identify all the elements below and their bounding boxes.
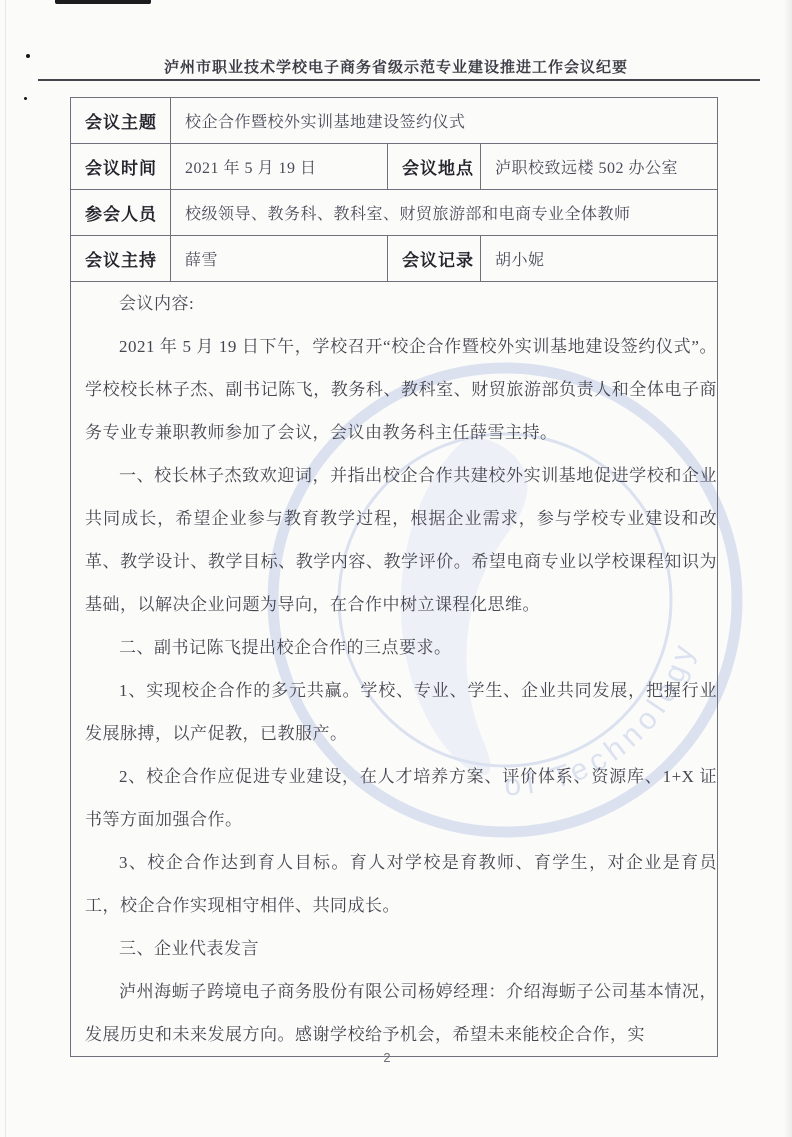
scan-dot: [24, 97, 27, 100]
value-meeting-subject: 校企合作暨校外实训基地建设签约仪式: [171, 98, 718, 144]
content-paragraph: 2021 年 5 月 19 日下午，学校召开“校企合作暨校外实训基地建设签约仪式…: [85, 325, 717, 454]
scan-smudge: [55, 0, 151, 4]
content-paragraph: 1、实现校企合作的多元共赢。学校、专业、学生、企业共同发展，把握行业发展脉搏，以…: [85, 669, 717, 755]
label-meeting-host: 会议主持: [71, 236, 171, 282]
content-paragraph: 2、校企合作应促进专业建设，在人才培养方案、评价体系、资源库、1+X 证书等方面…: [85, 755, 717, 841]
header-rule: [38, 79, 760, 81]
table-row: 会议主持 薛雪 会议记录 胡小妮: [71, 236, 718, 282]
content-paragraph: 一、校长林子杰致欢迎词，并指出校企合作共建校外实训基地促进学校和企业共同成长，希…: [85, 454, 717, 626]
content-heading: 会议内容:: [85, 282, 717, 325]
label-meeting-location: 会议地点: [388, 144, 481, 190]
value-meeting-host: 薛雪: [171, 236, 388, 282]
table-row: 会议时间 2021 年 5 月 19 日 会议地点 泸职校致远楼 502 办公室: [71, 144, 718, 190]
value-meeting-recorder: 胡小妮: [481, 236, 718, 282]
value-meeting-location: 泸职校致远楼 502 办公室: [481, 144, 718, 190]
meeting-info-table: 会议主题 校企合作暨校外实训基地建设签约仪式 会议时间 2021 年 5 月 1…: [70, 97, 718, 1057]
table-row: 会议内容: 2021 年 5 月 19 日下午，学校召开“校企合作暨校外实训基地…: [71, 282, 718, 1057]
content-paragraph: 泸州海蛎子跨境电子商务股份有限公司杨婷经理：介绍海蛎子公司基本情况，发展历史和未…: [85, 970, 717, 1056]
content-paragraph: 二、副书记陈飞提出校企合作的三点要求。: [85, 626, 717, 669]
content-paragraph: 三、企业代表发言: [85, 927, 717, 970]
page-number: 2: [0, 1050, 774, 1065]
label-meeting-time: 会议时间: [71, 144, 171, 190]
meeting-content-cell: 会议内容: 2021 年 5 月 19 日下午，学校召开“校企合作暨校外实训基地…: [71, 282, 718, 1057]
table-row: 参会人员 校级领导、教务科、教科室、财贸旅游部和电商专业全体教师: [71, 190, 718, 236]
value-attendees: 校级领导、教务科、教科室、财贸旅游部和电商专业全体教师: [171, 190, 718, 236]
label-meeting-subject: 会议主题: [71, 98, 171, 144]
scan-edge-shadow-right: [784, 0, 792, 1137]
document-title: 泸州市职业技术学校电子商务省级示范专业建设推进工作会议纪要: [0, 56, 792, 77]
label-attendees: 参会人员: [71, 190, 171, 236]
label-meeting-recorder: 会议记录: [388, 236, 481, 282]
table-row: 会议主题 校企合作暨校外实训基地建设签约仪式: [71, 98, 718, 144]
scan-edge-shadow-left: [5, 0, 6, 1137]
content-paragraph: 3、校企合作达到育人目标。育人对学校是育教师、育学生，对企业是育员工，校企合作实…: [85, 841, 717, 927]
value-meeting-time: 2021 年 5 月 19 日: [171, 144, 388, 190]
